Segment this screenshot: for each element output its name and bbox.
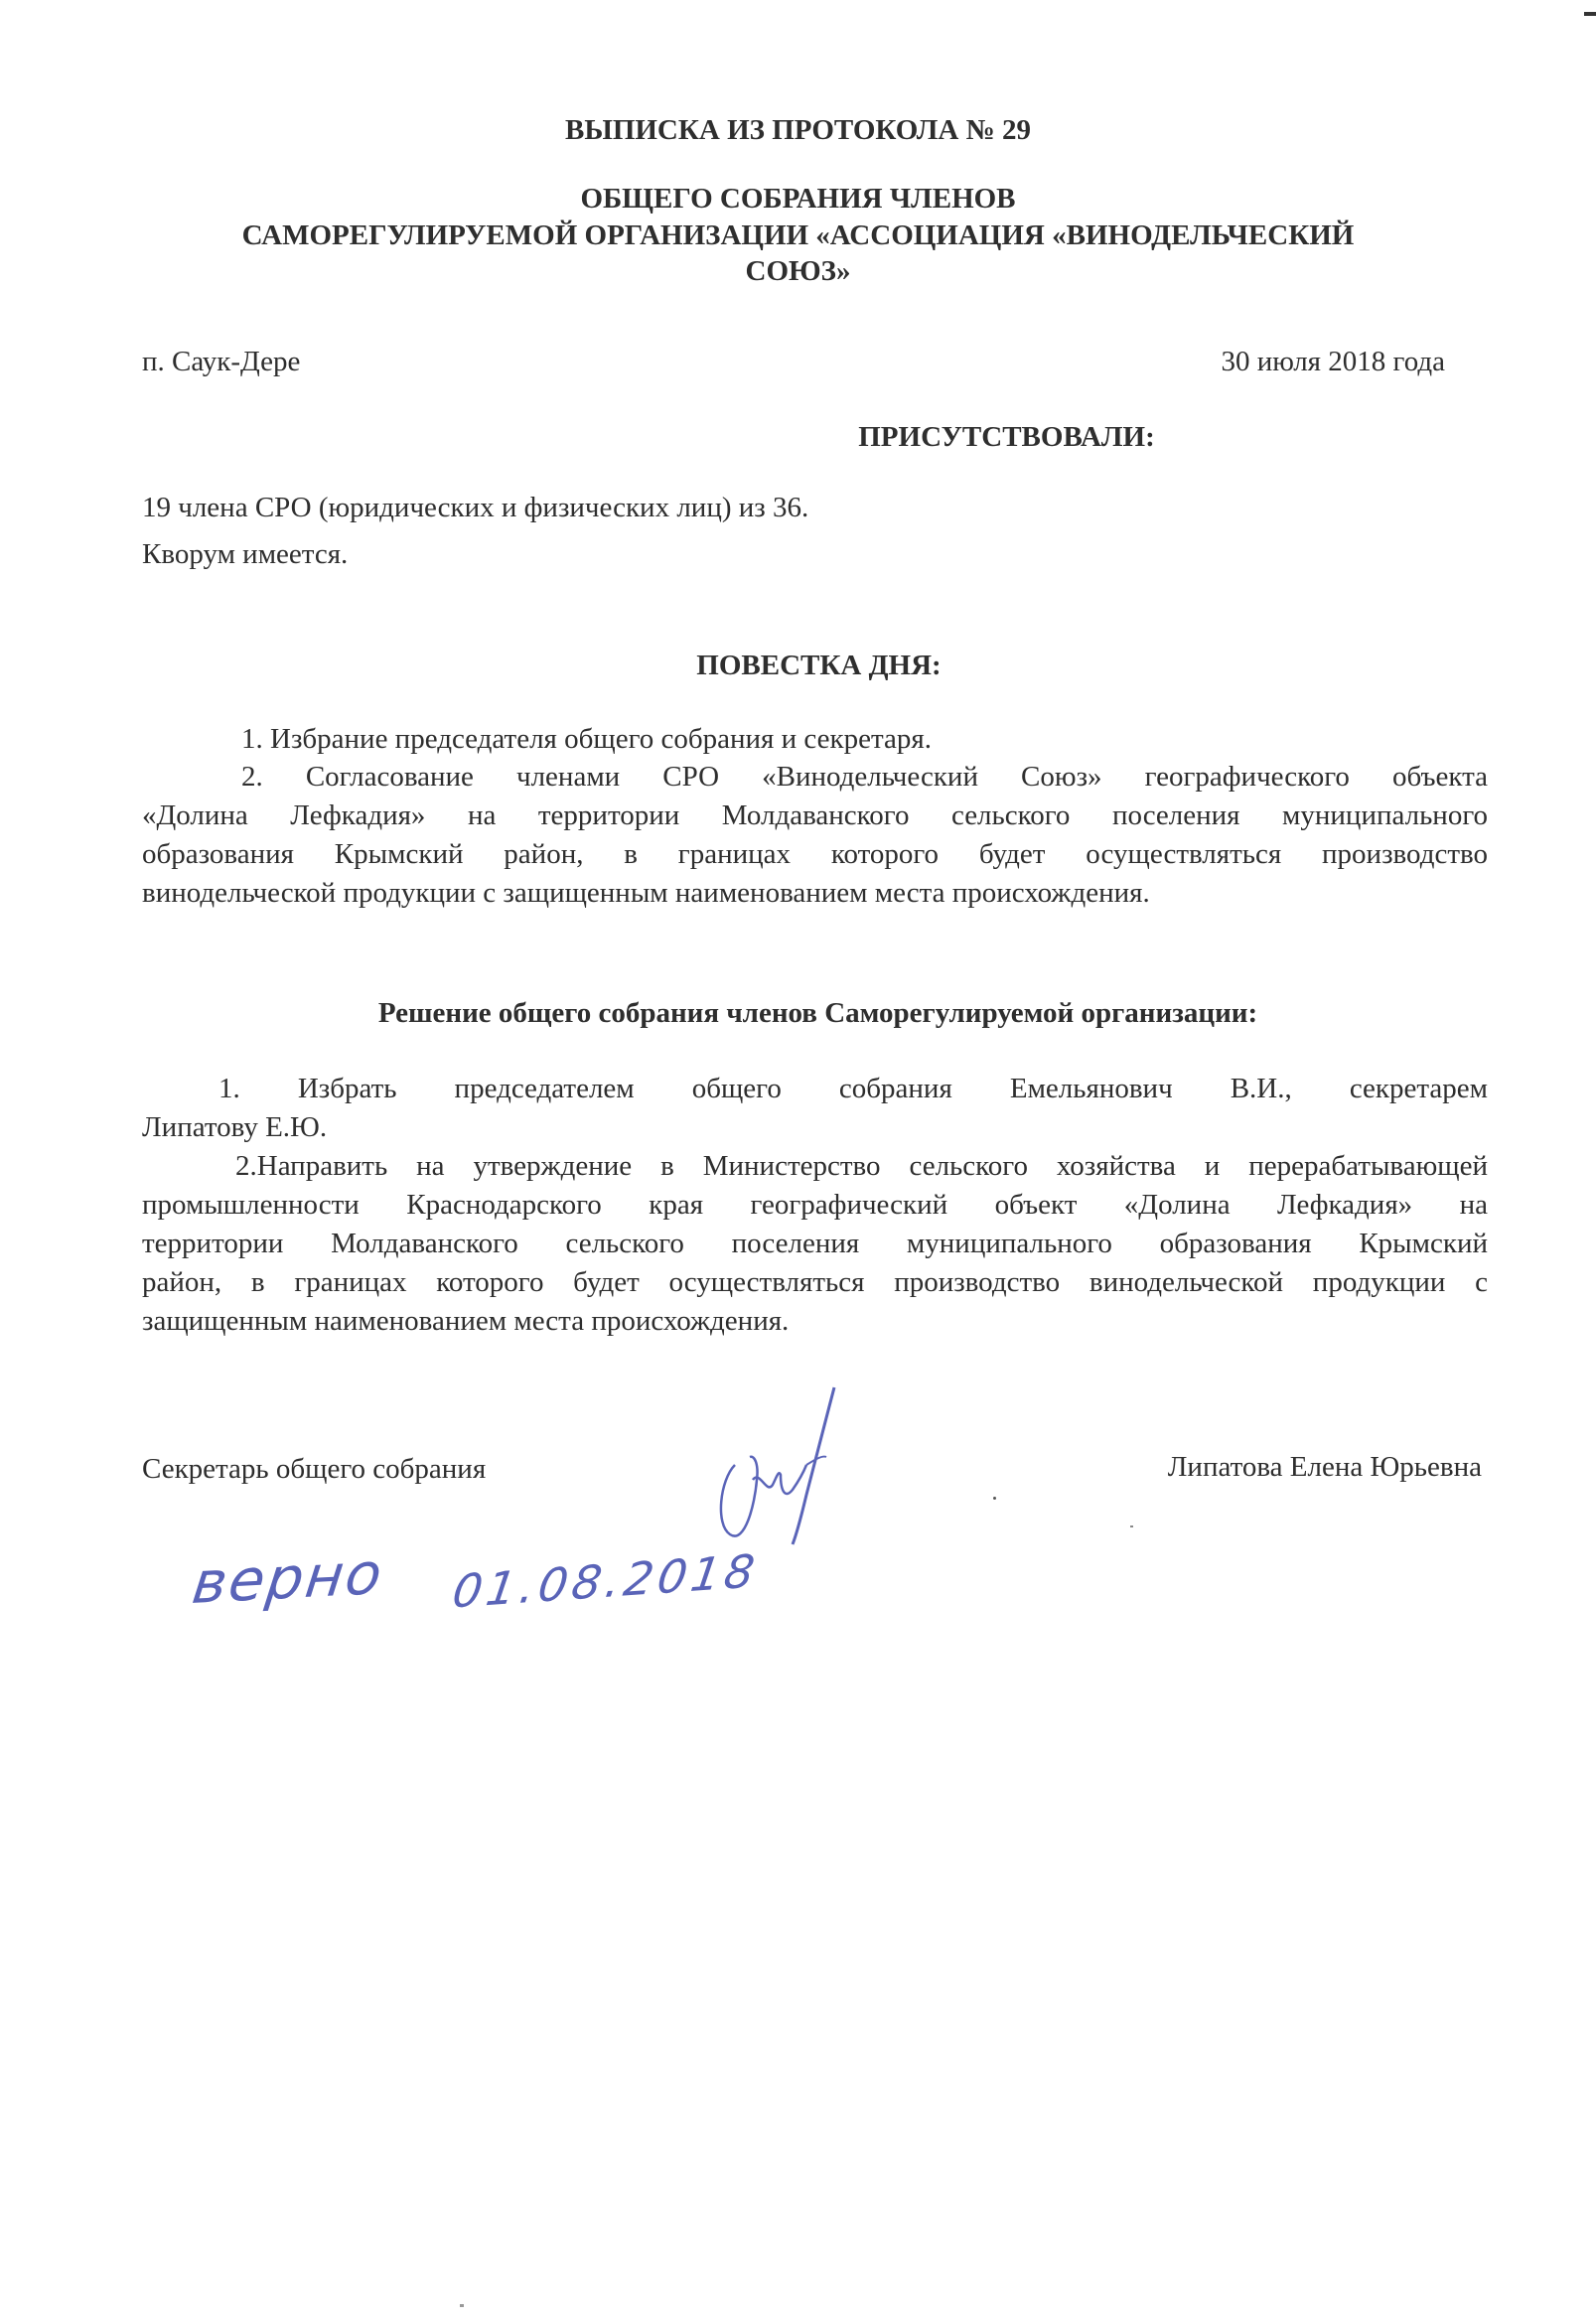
agenda-item-1: 1. Избрание председателя общего собрания… — [241, 720, 932, 759]
agenda-item-2-line-2: «Долина Лефкадия» на территории Молдаван… — [142, 797, 1488, 835]
agenda-item-2-line-3: образования Крымский район, в границах к… — [142, 835, 1488, 874]
decision-item-2-line-1: 2.Направить на утверждение в Министерств… — [142, 1147, 1488, 1186]
speck — [1130, 1525, 1133, 1527]
agenda-item-2: 2. Согласование членами СРО «Винодельчес… — [142, 758, 1488, 913]
agenda-heading: ПОВЕСТКА ДНЯ: — [21, 647, 1596, 685]
decision-item-2-line-5: защищенным наименованием места происхожд… — [142, 1302, 1488, 1341]
attendance-line-1: 19 члена СРО (юридических и физических л… — [142, 489, 808, 527]
agenda-item-2-line-4: винодельческой продукции с защищенным на… — [142, 874, 1488, 913]
place: п. Саук-Дере — [142, 343, 300, 381]
subtitle-line-1: ОБЩЕГО СОБРАНИЯ ЧЛЕНОВ — [0, 180, 1596, 218]
corner-mark — [1584, 12, 1596, 16]
decision-item-1-line-2: Липатову Е.Ю. — [142, 1108, 1488, 1147]
speck — [993, 1497, 996, 1500]
handwritten-date: 01.08.2018 — [449, 1543, 762, 1618]
decision-item-2: 2.Направить на утверждение в Министерств… — [142, 1147, 1488, 1341]
subtitle-line-2: САМОРЕГУЛИРУЕМОЙ ОРГАНИЗАЦИИ «АССОЦИАЦИЯ… — [0, 217, 1596, 255]
attendance-heading: ПРИСУТСТВОВАЛИ: — [209, 418, 1596, 457]
subtitle-line-3: СОЮЗ» — [0, 252, 1596, 291]
decision-item-1: 1. Избрать председателем общего собрания… — [142, 1070, 1488, 1147]
decision-item-2-line-4: район, в границах которого будет осущест… — [142, 1263, 1488, 1302]
date: 30 июля 2018 года — [1222, 343, 1446, 381]
document-title: ВЫПИСКА ИЗ ПРОТОКОЛА № 29 — [0, 111, 1596, 150]
decision-item-2-line-2: промышленности Краснодарского края геогр… — [142, 1186, 1488, 1225]
signature-role: Секретарь общего собрания — [142, 1450, 486, 1489]
decision-item-1-line-1: 1. Избрать председателем общего собрания… — [142, 1070, 1488, 1108]
agenda-item-2-line-1: 2. Согласование членами СРО «Винодельчес… — [142, 758, 1488, 797]
handwritten-signature — [715, 1385, 914, 1554]
handwritten-verno: верно — [189, 1539, 387, 1617]
signature-name: Липатова Елена Юрьевна — [1168, 1448, 1482, 1487]
handwritten-date-text: 01.08.2018 — [449, 1543, 762, 1618]
speck — [460, 2304, 464, 2307]
decision-heading: Решение общего собрания членов Саморегул… — [20, 994, 1596, 1033]
decision-item-2-line-3: территории Молдаванского сельского посел… — [142, 1225, 1488, 1263]
attendance-line-2: Кворум имеется. — [142, 535, 348, 574]
handwritten-certification: верно — [189, 1539, 387, 1617]
